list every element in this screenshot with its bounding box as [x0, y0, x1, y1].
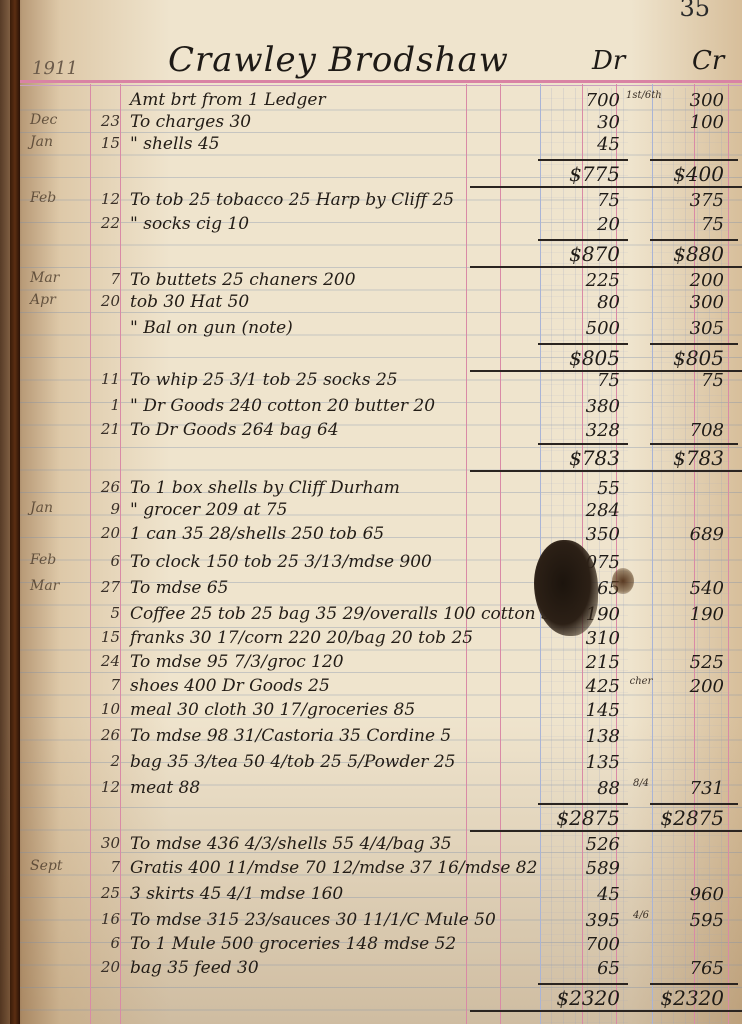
entry-description: To buttets 25 chaners 200	[130, 270, 356, 290]
credit-sum-rule	[650, 159, 738, 161]
ledger-total-row: $2875$2875	[0, 806, 742, 828]
credit-sum-rule	[650, 343, 738, 345]
entry-day: 15	[96, 134, 120, 152]
entry-debit: 75	[540, 190, 620, 211]
entry-credit: $783	[650, 446, 724, 470]
debit-heading: Dr	[592, 46, 625, 76]
entry-debit: 526	[540, 834, 620, 855]
ledger-row: Amt brt from 1 Ledger7001st/6th300	[0, 90, 742, 112]
entry-day: 24	[96, 652, 120, 670]
entry-month: Dec	[30, 112, 57, 128]
entry-credit: 731	[650, 778, 724, 799]
entry-month: Mar	[30, 578, 59, 594]
entry-credit: 190	[650, 604, 724, 625]
entry-description: To 1 Mule 500 groceries 148 mdse 52	[130, 934, 456, 954]
entry-debit: 589	[540, 858, 620, 879]
entry-day: 20	[96, 958, 120, 976]
entry-debit: 135	[540, 752, 620, 773]
entry-description: tob 30 Hat 50	[130, 292, 249, 312]
entry-debit: 395	[540, 910, 620, 931]
entry-description: To tob 25 tobacco 25 Harp by Cliff 25	[130, 190, 454, 210]
closing-rule	[470, 266, 742, 268]
entry-description: " shells 45	[130, 134, 220, 154]
year-label: 1911	[32, 58, 78, 79]
credit-sum-rule	[650, 443, 738, 445]
debit-sum-rule	[538, 443, 628, 445]
entry-day: 10	[96, 700, 120, 718]
ledger-row: 253 skirts 45 4/1 mdse 16045960	[0, 884, 742, 906]
entry-debit: 700	[540, 934, 620, 955]
ledger-row: 7shoes 400 Dr Goods 25425cher200	[0, 676, 742, 698]
entry-description: To charges 30	[130, 112, 251, 132]
entry-credit: 75	[650, 214, 724, 235]
entry-day: 27	[96, 578, 120, 596]
entry-credit: 689	[650, 524, 724, 545]
entry-debit: 380	[540, 396, 620, 417]
entry-debit: 328	[540, 420, 620, 441]
debit-sum-rule	[538, 159, 628, 161]
entry-day: 2	[96, 752, 120, 770]
entry-debit: 284	[540, 500, 620, 521]
entry-day: 22	[96, 214, 120, 232]
entry-description: To mdse 65	[130, 578, 228, 598]
entry-month: Sept	[30, 858, 62, 874]
entry-credit: 375	[650, 190, 724, 211]
ledger-total-row: $870$880	[0, 242, 742, 264]
closing-rule	[470, 830, 742, 832]
ledger-row: 10meal 30 cloth 30 17/groceries 85145	[0, 700, 742, 722]
entry-debit: $775	[540, 162, 620, 186]
ledger-row: Dec23To charges 3030100	[0, 112, 742, 134]
entry-day: 26	[96, 726, 120, 744]
ledger-row: Jan9" grocer 209 at 75284	[0, 500, 742, 522]
debit-sum-rule	[538, 983, 628, 985]
entry-description: " Bal on gun (note)	[130, 318, 293, 338]
entry-month: Feb	[30, 190, 56, 206]
ledger-row: " Bal on gun (note)500305	[0, 318, 742, 340]
entry-credit: 708	[650, 420, 724, 441]
ledger-row: Feb6To clock 150 tob 25 3/13/mdse 900107…	[0, 552, 742, 574]
entry-day: 26	[96, 478, 120, 496]
credit-sum-rule	[650, 803, 738, 805]
entry-day: 21	[96, 420, 120, 438]
ledger-row: 16To mdse 315 23/sauces 30 11/1/C Mule 5…	[0, 910, 742, 932]
ledger-row: 12meat 88888/4731	[0, 778, 742, 800]
entry-debit: 215	[540, 652, 620, 673]
entry-description: To clock 150 tob 25 3/13/mdse 900	[130, 552, 432, 572]
entry-description: Amt brt from 1 Ledger	[130, 90, 326, 110]
entry-debit: 75	[540, 370, 620, 391]
entry-debit: 145	[540, 700, 620, 721]
ledger-row: 2bag 35 3/tea 50 4/tob 25 5/Powder 25135	[0, 752, 742, 774]
ledger-row: 21To Dr Goods 264 bag 64328708	[0, 420, 742, 442]
entry-day: 20	[96, 524, 120, 542]
closing-rule	[470, 470, 742, 472]
entry-month: Jan	[30, 134, 53, 150]
debit-sum-rule	[538, 803, 628, 805]
entry-day: 25	[96, 884, 120, 902]
entry-month: Apr	[30, 292, 56, 308]
entry-credit: 200	[650, 676, 724, 697]
header-rule	[20, 80, 742, 83]
entry-debit: $2320	[540, 986, 620, 1010]
account-name: Crawley Brodshaw	[168, 40, 509, 80]
entry-debit: 20	[540, 214, 620, 235]
entry-description: 1 can 35 28/shells 250 tob 65	[130, 524, 384, 544]
entry-credit: 75	[650, 370, 724, 391]
entry-credit: 540	[650, 578, 724, 599]
entry-credit: 300	[650, 90, 724, 111]
entry-description: Gratis 400 11/mdse 70 12/mdse 37 16/mdse…	[130, 858, 537, 878]
entry-day: 11	[96, 370, 120, 388]
entry-debit: 65	[540, 958, 620, 979]
ledger-row: Feb12To tob 25 tobacco 25 Harp by Cliff …	[0, 190, 742, 212]
entry-credit: $2875	[650, 806, 724, 830]
entry-day: 9	[96, 500, 120, 518]
entry-day: 5	[96, 604, 120, 622]
ledger-row: 22" socks cig 102075	[0, 214, 742, 236]
ledger-row: 30To mdse 436 4/3/shells 55 4/4/bag 3552…	[0, 834, 742, 856]
entry-description: To whip 25 3/1 tob 25 socks 25	[130, 370, 398, 390]
entry-credit: 595	[650, 910, 724, 931]
entry-debit: 45	[540, 134, 620, 155]
entry-description: " Dr Goods 240 cotton 20 butter 20	[130, 396, 435, 416]
entry-credit: $2320	[650, 986, 724, 1010]
debit-sum-rule	[538, 343, 628, 345]
ledger-page: 35 1911 Crawley Brodshaw Dr Cr Amt brt f…	[0, 0, 742, 1024]
entry-description: To mdse 98 31/Castoria 35 Cordine 5	[130, 726, 451, 746]
entry-debit: 700	[540, 90, 620, 111]
entry-description: To mdse 315 23/sauces 30 11/1/C Mule 50	[130, 910, 496, 930]
entry-debit: 138	[540, 726, 620, 747]
ledger-row: 1" Dr Goods 240 cotton 20 butter 20380	[0, 396, 742, 418]
entry-credit: 300	[650, 292, 724, 313]
ledger-row: Sept7Gratis 400 11/mdse 70 12/mdse 37 16…	[0, 858, 742, 880]
entry-debit: 225	[540, 270, 620, 291]
entry-debit: 30	[540, 112, 620, 133]
ledger-row: Jan15" shells 4545	[0, 134, 742, 156]
entry-description: 3 skirts 45 4/1 mdse 160	[130, 884, 343, 904]
entry-debit: 80	[540, 292, 620, 313]
credit-sum-rule	[650, 983, 738, 985]
entry-description: bag 35 feed 30	[130, 958, 259, 978]
ledger-total-row: $2320$2320	[0, 986, 742, 1008]
entry-description: meat 88	[130, 778, 200, 798]
entry-credit: $400	[650, 162, 724, 186]
entry-debit: 55	[540, 478, 620, 499]
ledger-row: 26To 1 box shells by Cliff Durham55	[0, 478, 742, 500]
entry-description: meal 30 cloth 30 17/groceries 85	[130, 700, 415, 720]
ledger-row: 6To 1 Mule 500 groceries 148 mdse 52700	[0, 934, 742, 956]
entry-description: franks 30 17/corn 220 20/bag 20 tob 25	[130, 628, 473, 648]
entry-day: 6	[96, 552, 120, 570]
ledger-row: 5Coffee 25 tob 25 bag 35 29/overalls 100…	[0, 604, 742, 626]
entry-debit: $783	[540, 446, 620, 470]
entry-debit: 45	[540, 884, 620, 905]
entry-description: shoes 400 Dr Goods 25	[130, 676, 330, 696]
closing-rule	[470, 1010, 742, 1012]
entry-description: " grocer 209 at 75	[130, 500, 287, 520]
entry-day: 30	[96, 834, 120, 852]
entry-debit: $2875	[540, 806, 620, 830]
entry-credit: $805	[650, 346, 724, 370]
entry-credit: 100	[650, 112, 724, 133]
entry-debit: 425	[540, 676, 620, 697]
entry-day: 15	[96, 628, 120, 646]
entry-credit: 960	[650, 884, 724, 905]
ledger-total-row: $775$400	[0, 162, 742, 184]
header-rule-secondary	[20, 85, 742, 86]
entry-day: 12	[96, 778, 120, 796]
entry-day: 7	[96, 270, 120, 288]
entry-credit: 200	[650, 270, 724, 291]
entry-debit: 500	[540, 318, 620, 339]
entry-day: 16	[96, 910, 120, 928]
entry-month: Feb	[30, 552, 56, 568]
entry-day: 7	[96, 858, 120, 876]
entry-day: 20	[96, 292, 120, 310]
ledger-row: Mar7To buttets 25 chaners 200225200	[0, 270, 742, 292]
entry-description: To mdse 436 4/3/shells 55 4/4/bag 35	[130, 834, 452, 854]
entry-day: 6	[96, 934, 120, 952]
entry-month: Mar	[30, 270, 59, 286]
ledger-row: 26To mdse 98 31/Castoria 35 Cordine 5138	[0, 726, 742, 748]
entry-credit: 305	[650, 318, 724, 339]
entry-day: 1	[96, 396, 120, 414]
ledger-row: Apr20tob 30 Hat 5080300	[0, 292, 742, 314]
entry-day: 7	[96, 676, 120, 694]
ink-spot	[612, 568, 634, 594]
ledger-row: 15franks 30 17/corn 220 20/bag 20 tob 25…	[0, 628, 742, 650]
entry-description: " socks cig 10	[130, 214, 249, 234]
entry-description: Coffee 25 tob 25 bag 35 29/overalls 100 …	[130, 604, 552, 624]
credit-heading: Cr	[692, 46, 724, 76]
entry-debit: 88	[540, 778, 620, 799]
ledger-row: 201 can 35 28/shells 250 tob 65350689	[0, 524, 742, 546]
closing-rule	[470, 186, 742, 188]
entry-description: bag 35 3/tea 50 4/tob 25 5/Powder 25	[130, 752, 455, 772]
entry-credit: $880	[650, 242, 724, 266]
entry-debit: $805	[540, 346, 620, 370]
ledger-total-row: $805$805	[0, 346, 742, 368]
debit-sum-rule	[538, 239, 628, 241]
ledger-total-row: $783$783	[0, 446, 742, 468]
entry-description: To mdse 95 7/3/groc 120	[130, 652, 344, 672]
credit-sum-rule	[650, 239, 738, 241]
ledger-row: 24To mdse 95 7/3/groc 120215525	[0, 652, 742, 674]
ledger-row: 11To whip 25 3/1 tob 25 socks 257575	[0, 370, 742, 392]
ledger-row: 20bag 35 feed 3065765	[0, 958, 742, 980]
page-number: 35	[679, 0, 710, 22]
entry-month: Jan	[30, 500, 53, 516]
entry-credit: 525	[650, 652, 724, 673]
entry-description: To Dr Goods 264 bag 64	[130, 420, 339, 440]
entry-debit: $870	[540, 242, 620, 266]
entry-description: To 1 box shells by Cliff Durham	[130, 478, 400, 498]
entry-day: 12	[96, 190, 120, 208]
entry-credit: 765	[650, 958, 724, 979]
entry-day: 23	[96, 112, 120, 130]
